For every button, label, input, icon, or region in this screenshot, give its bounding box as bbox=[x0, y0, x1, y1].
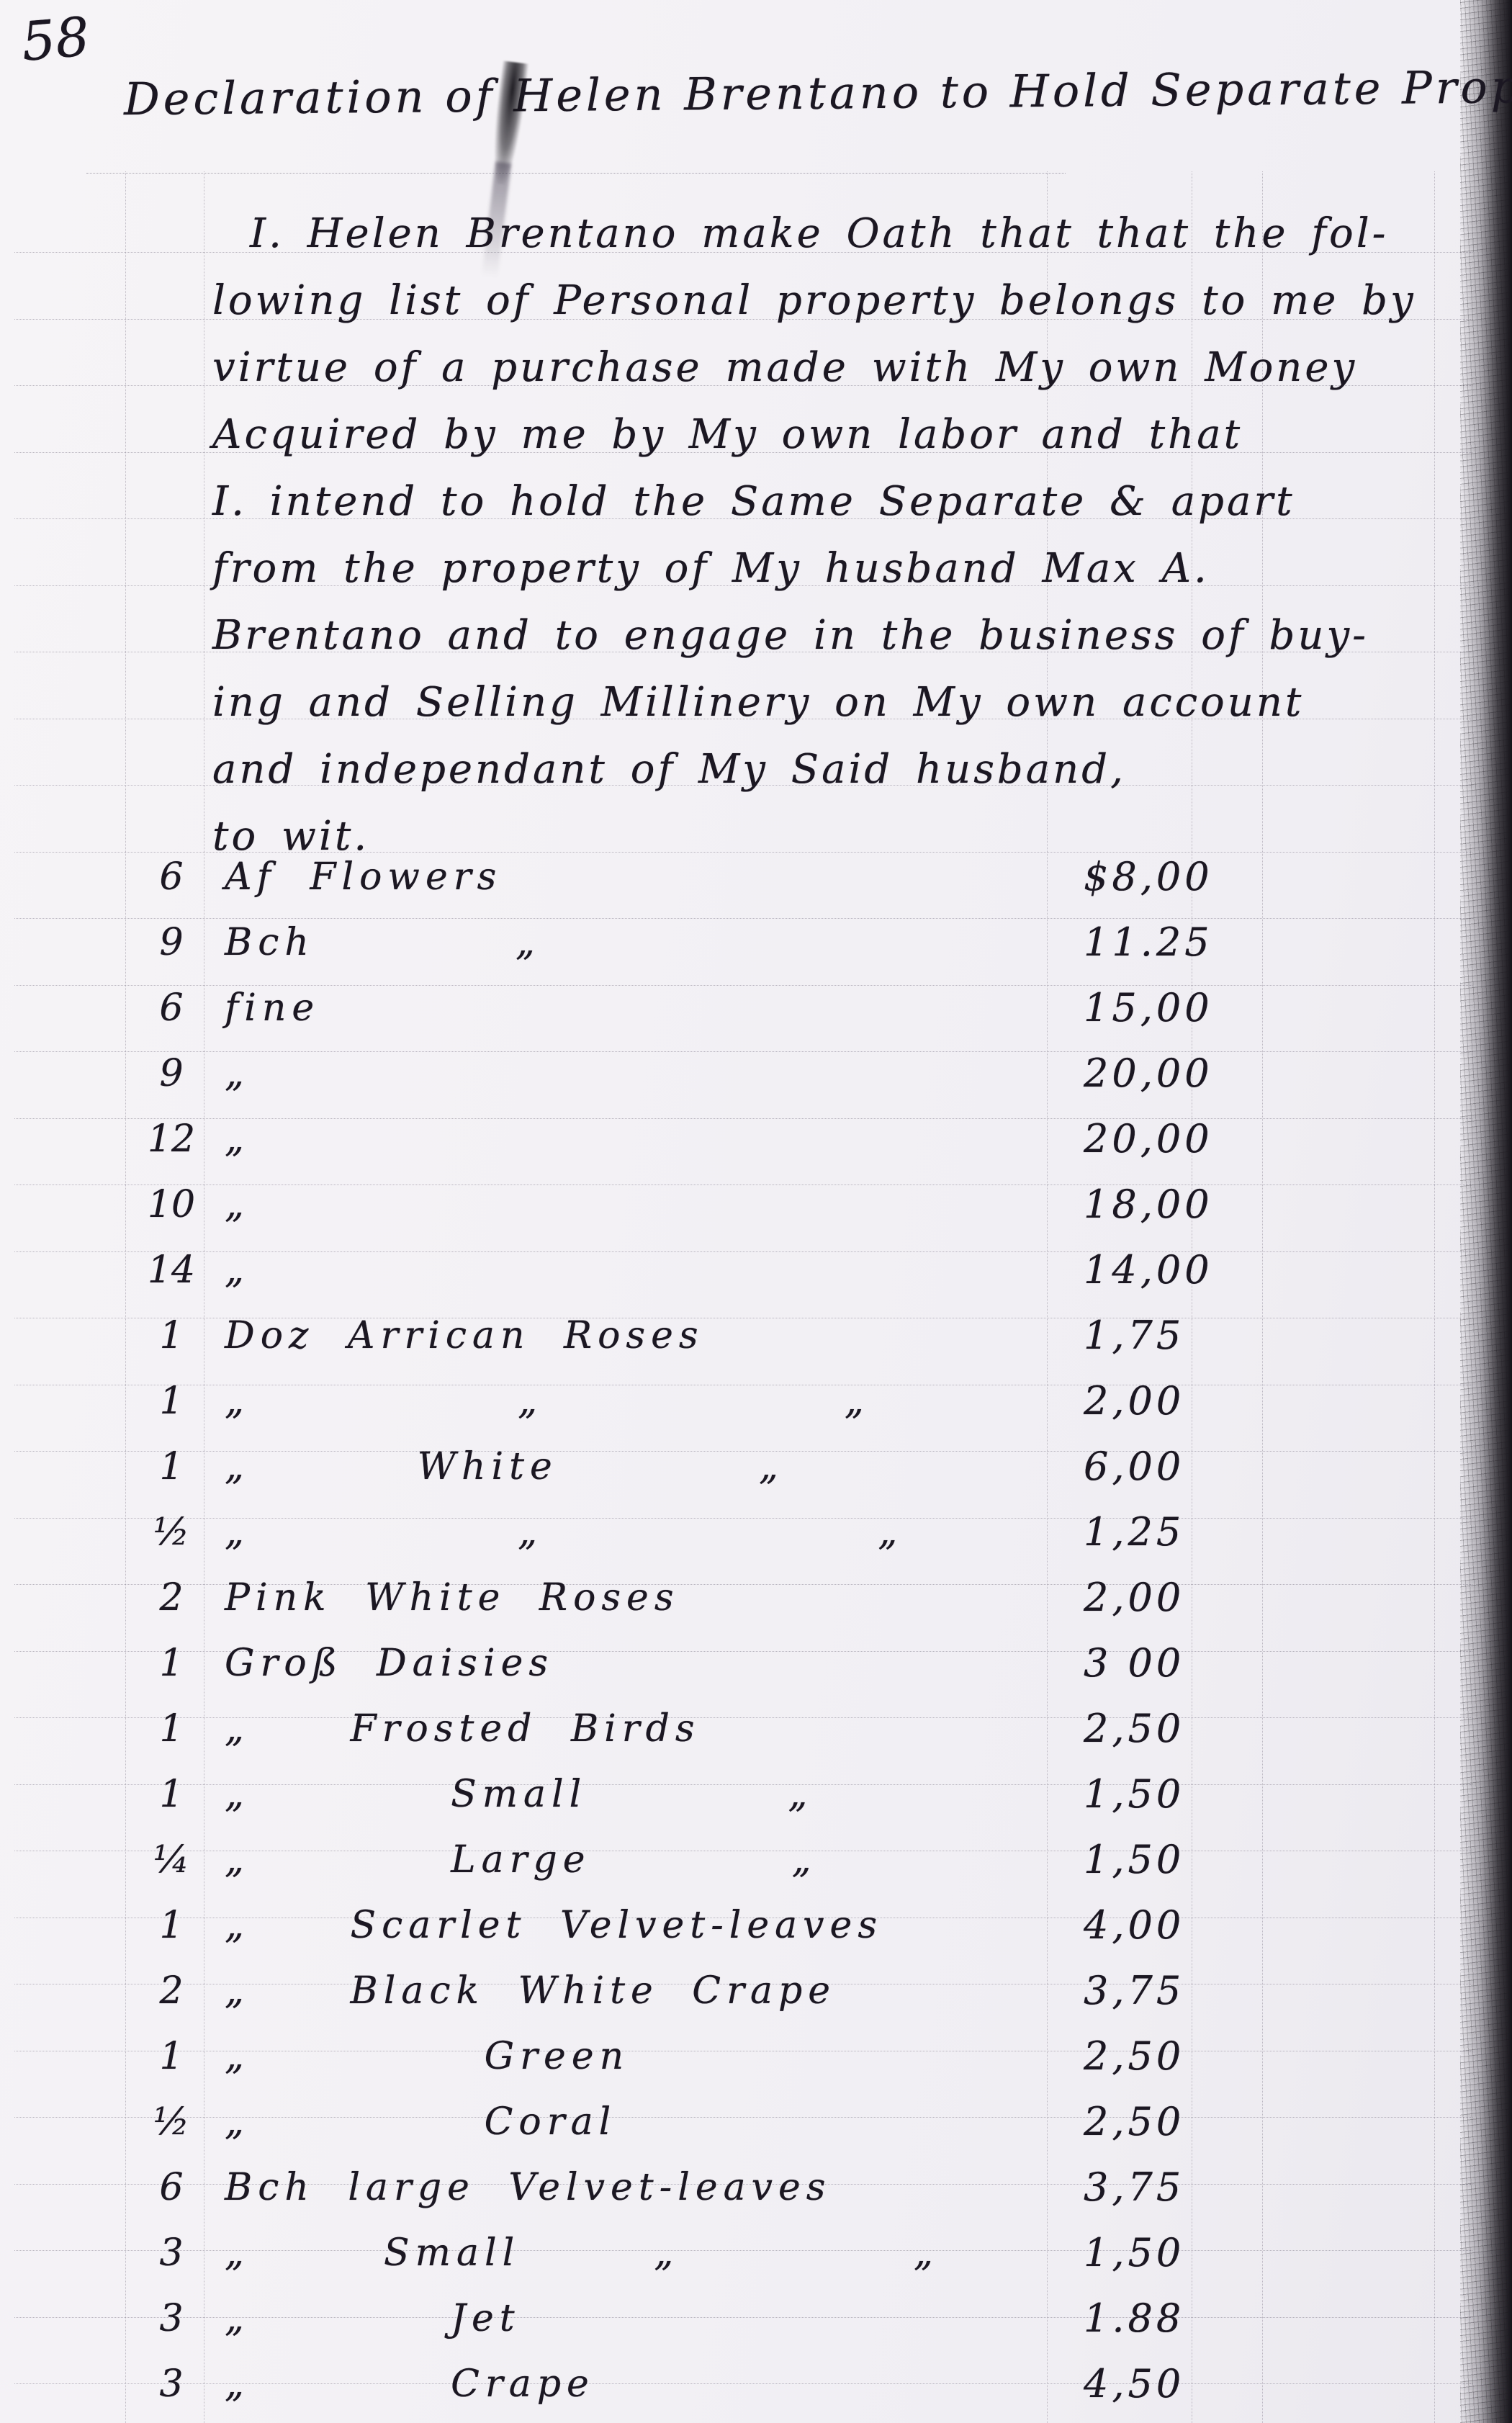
item-quantity: ½ bbox=[134, 2100, 209, 2144]
item-description: „ „ „ bbox=[225, 1380, 870, 1423]
item-amount: 1,50 bbox=[1084, 1837, 1184, 1882]
ledger-row: 3„ Jet1.88 bbox=[0, 2291, 1512, 2357]
item-amount: 3,75 bbox=[1084, 2164, 1184, 2210]
declaration-line: and independant of My Said husband, bbox=[212, 736, 1512, 803]
item-quantity: 6 bbox=[134, 986, 209, 1030]
item-quantity: 1 bbox=[134, 1904, 209, 1947]
item-description: „ bbox=[225, 1249, 250, 1292]
item-amount: 3,75 bbox=[1084, 1968, 1184, 2013]
item-description: „ Small „ bbox=[225, 1773, 813, 1816]
item-description: Af Flowers bbox=[225, 855, 502, 899]
item-amount: 15,00 bbox=[1084, 985, 1213, 1030]
ledger-row: ¼„ Large „1,50 bbox=[0, 1833, 1512, 1898]
item-description: „ Jet bbox=[225, 2297, 521, 2340]
horizontal-rule-line bbox=[86, 173, 1066, 174]
item-amount: 20,00 bbox=[1084, 1051, 1213, 1096]
items-list: 6Af Flowers$8,009Bch „11.256fine15,009„2… bbox=[0, 850, 1512, 2422]
ledger-row: 1„ „ „2,00 bbox=[0, 1374, 1512, 1439]
item-amount: 11.25 bbox=[1084, 920, 1213, 965]
item-quantity: 6 bbox=[134, 855, 209, 899]
item-quantity: 9 bbox=[134, 921, 209, 964]
item-quantity: 1 bbox=[134, 1773, 209, 1816]
item-quantity: 3 bbox=[134, 2231, 209, 2275]
item-quantity: 3 bbox=[134, 2363, 209, 2406]
item-amount: 2,00 bbox=[1084, 1378, 1184, 1424]
item-quantity: ¼ bbox=[134, 1838, 209, 1882]
item-quantity: 1 bbox=[134, 1707, 209, 1750]
item-description: „ bbox=[225, 1183, 250, 1226]
item-amount: 2,50 bbox=[1084, 1706, 1184, 1751]
ledger-row: 1„ Small „1,50 bbox=[0, 1767, 1512, 1833]
item-description: „ bbox=[225, 1118, 250, 1161]
declaration-line: from the property of My husband Max A. bbox=[212, 535, 1512, 602]
declaration-line: ing and Selling Millinery on My own acco… bbox=[212, 669, 1512, 736]
item-description: „ White „ bbox=[225, 1445, 784, 1488]
item-amount: $8,00 bbox=[1084, 854, 1213, 899]
item-amount: 1.88 bbox=[1084, 2296, 1184, 2341]
item-description: „ „ „ bbox=[225, 1511, 903, 1554]
item-amount: 2,00 bbox=[1084, 1575, 1184, 1620]
item-description: fine bbox=[225, 986, 320, 1030]
item-amount: 4,00 bbox=[1084, 1902, 1184, 1948]
item-amount: 6,00 bbox=[1084, 1444, 1184, 1489]
ledger-row: 2„ Black White Crape3,75 bbox=[0, 1964, 1512, 2029]
ledger-row: ½„ „ „1,25 bbox=[0, 1505, 1512, 1570]
ledger-row: 6Af Flowers$8,00 bbox=[0, 850, 1512, 915]
ledger-row: 9Bch „11.25 bbox=[0, 915, 1512, 981]
item-amount: 1,25 bbox=[1084, 1509, 1184, 1555]
item-description: „ Frosted Birds bbox=[225, 1707, 701, 1750]
item-amount: 1,50 bbox=[1084, 2230, 1184, 2275]
declaration-line: I. Helen Brentano make Oath that that th… bbox=[212, 200, 1512, 267]
item-description: „ Crape bbox=[225, 2363, 595, 2406]
declaration-line: lowing list of Personal property belongs… bbox=[212, 267, 1512, 334]
item-quantity: 2 bbox=[134, 1576, 209, 1619]
ledger-row: 6Bch large Velvet-leaves3,75 bbox=[0, 2160, 1512, 2226]
item-description: „ Black White Crape bbox=[225, 1969, 836, 2013]
declaration-line: virtue of a purchase made with My own Mo… bbox=[212, 334, 1512, 401]
ledger-row: 1„ Scarlet Velvet-leaves4,00 bbox=[0, 1898, 1512, 1964]
item-description: Doz Arrican Roses bbox=[225, 1314, 704, 1357]
item-amount: 18,00 bbox=[1084, 1182, 1213, 1227]
item-quantity: ½ bbox=[134, 1511, 209, 1554]
ledger-row: 6fine15,00 bbox=[0, 981, 1512, 1046]
ledger-row: ½„ Coral2,50 bbox=[0, 2095, 1512, 2160]
ledger-row: 1Doz Arrican Roses1,75 bbox=[0, 1308, 1512, 1374]
item-amount: 14,00 bbox=[1084, 1247, 1213, 1293]
item-quantity: 1 bbox=[134, 1314, 209, 1357]
item-amount: 3 00 bbox=[1084, 1640, 1184, 1686]
ledger-row: 14„14,00 bbox=[0, 1243, 1512, 1308]
ledger-row: 1Groß Daisies3 00 bbox=[0, 1636, 1512, 1702]
item-quantity: 14 bbox=[134, 1249, 209, 1292]
declaration-line: Brentano and to engage in the business o… bbox=[212, 602, 1512, 669]
ledger-row: 12„20,00 bbox=[0, 1112, 1512, 1177]
ledger-row: 2Pink White Roses2,00 bbox=[0, 1570, 1512, 1636]
item-quantity: 1 bbox=[134, 1445, 209, 1488]
item-description: „ Small „ „ bbox=[225, 2231, 939, 2275]
item-description: „ Scarlet Velvet-leaves bbox=[225, 1904, 883, 1947]
page-number: 58 bbox=[19, 6, 91, 73]
item-quantity: 1 bbox=[134, 2035, 209, 2078]
item-quantity: 3 bbox=[134, 2297, 209, 2340]
item-description: „ Coral bbox=[225, 2100, 616, 2144]
item-amount: 4,50 bbox=[1084, 2361, 1184, 2406]
ledger-row: 1„ Frosted Birds2,50 bbox=[0, 1702, 1512, 1767]
item-description: Pink White Roses bbox=[225, 1576, 680, 1619]
item-description: Groß Daisies bbox=[225, 1642, 554, 1685]
item-quantity: 1 bbox=[134, 1380, 209, 1423]
item-quantity: 9 bbox=[134, 1052, 209, 1095]
item-amount: 20,00 bbox=[1084, 1116, 1213, 1161]
item-quantity: 1 bbox=[134, 1642, 209, 1685]
ledger-row: 3„ Small „ „1,50 bbox=[0, 2226, 1512, 2291]
item-quantity: 2 bbox=[134, 1969, 209, 2013]
item-amount: 2,50 bbox=[1084, 2099, 1184, 2144]
item-description: Bch „ bbox=[225, 921, 541, 964]
declaration-line: Acquired by me by My own labor and that bbox=[212, 401, 1512, 468]
ledger-row: 1„ Green2,50 bbox=[0, 2029, 1512, 2095]
page-title: Declaration of Helen Brentano to Hold Se… bbox=[124, 60, 1512, 125]
ledger-row: 10„18,00 bbox=[0, 1177, 1512, 1243]
ledger-row: 9„20,00 bbox=[0, 1046, 1512, 1112]
ledger-row: 3„ Crape4,50 bbox=[0, 2357, 1512, 2422]
item-amount: 1,75 bbox=[1084, 1313, 1184, 1358]
item-description: „ Large „ bbox=[225, 1838, 817, 1882]
item-description: „ bbox=[225, 1052, 250, 1095]
item-amount: 1,50 bbox=[1084, 1771, 1184, 1817]
declaration-line: I. intend to hold the Same Separate & ap… bbox=[212, 468, 1512, 535]
ledger-page: 58 Declaration of Helen Brentano to Hold… bbox=[0, 0, 1512, 2423]
item-quantity: 6 bbox=[134, 2166, 209, 2209]
item-amount: 2,50 bbox=[1084, 2033, 1184, 2079]
item-description: Bch large Velvet-leaves bbox=[225, 2166, 831, 2209]
item-quantity: 12 bbox=[134, 1118, 209, 1161]
item-description: „ Green bbox=[225, 2035, 629, 2078]
ledger-row: 1„ White „6,00 bbox=[0, 1439, 1512, 1505]
item-quantity: 10 bbox=[134, 1183, 209, 1226]
declaration-paragraph: I. Helen Brentano make Oath that that th… bbox=[212, 200, 1512, 870]
